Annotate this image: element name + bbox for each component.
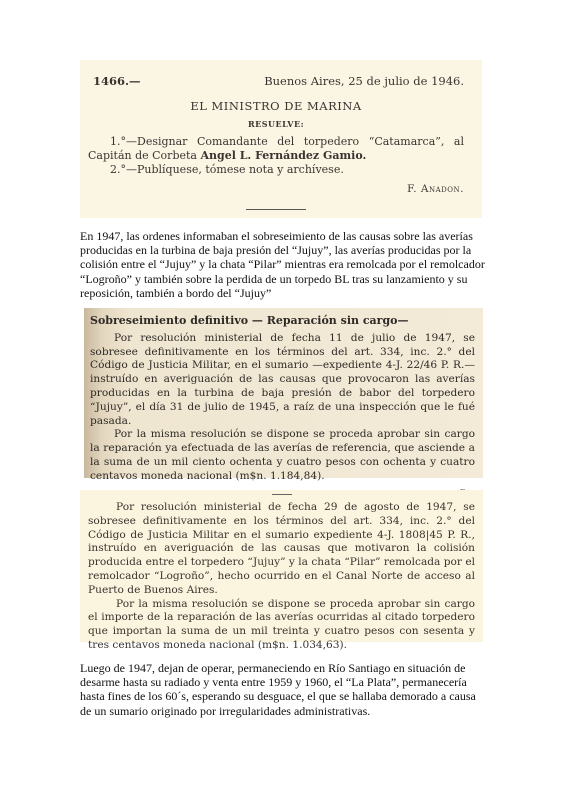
decree-item-1-name: Angel L. Fernández Gamio. xyxy=(200,149,366,162)
clipping-paragraph: Por la misma resolución se dispone se pr… xyxy=(90,428,475,483)
clipping-collision: Por resolución ministerial de fecha 29 d… xyxy=(80,490,483,642)
clipping-heading: Sobreseimiento definitivo — Reparación s… xyxy=(90,314,475,328)
decree-signature: F. Anadon. xyxy=(88,183,464,195)
clipping-paragraph: Por la misma resolución se dispone se pr… xyxy=(88,598,475,653)
decree-number: 1466.— xyxy=(93,74,141,88)
paragraph-1947-orders: En 1947, las ordenes informaban el sobre… xyxy=(80,229,490,300)
divider xyxy=(272,494,292,495)
decree-item-1: 1.°—Designar Comandante del torpedero “C… xyxy=(88,135,464,163)
decree-resuelve: RESUELVE: xyxy=(88,119,464,129)
divider xyxy=(246,209,306,210)
clipping-paragraph: Por resolución ministerial de fecha 29 d… xyxy=(88,501,475,598)
decree-scan: 1466.— Buenos Aires, 25 de julio de 1946… xyxy=(80,60,482,218)
decree-place-date: Buenos Aires, 25 de julio de 1946. xyxy=(264,74,464,88)
decree-header: 1466.— Buenos Aires, 25 de julio de 1946… xyxy=(88,74,464,88)
decree-item-2: 2.°—Publíquese, tómese nota y archívese. xyxy=(88,163,464,177)
clipping-turbine: Sobreseimiento definitivo — Reparación s… xyxy=(84,308,483,478)
clipping-paragraph: Por resolución ministerial de fecha 11 d… xyxy=(90,332,475,429)
decree-title: EL MINISTRO DE MARINA xyxy=(88,99,464,113)
paragraph-after-1947: Luego de 1947, dejan de operar, permanec… xyxy=(80,661,490,718)
